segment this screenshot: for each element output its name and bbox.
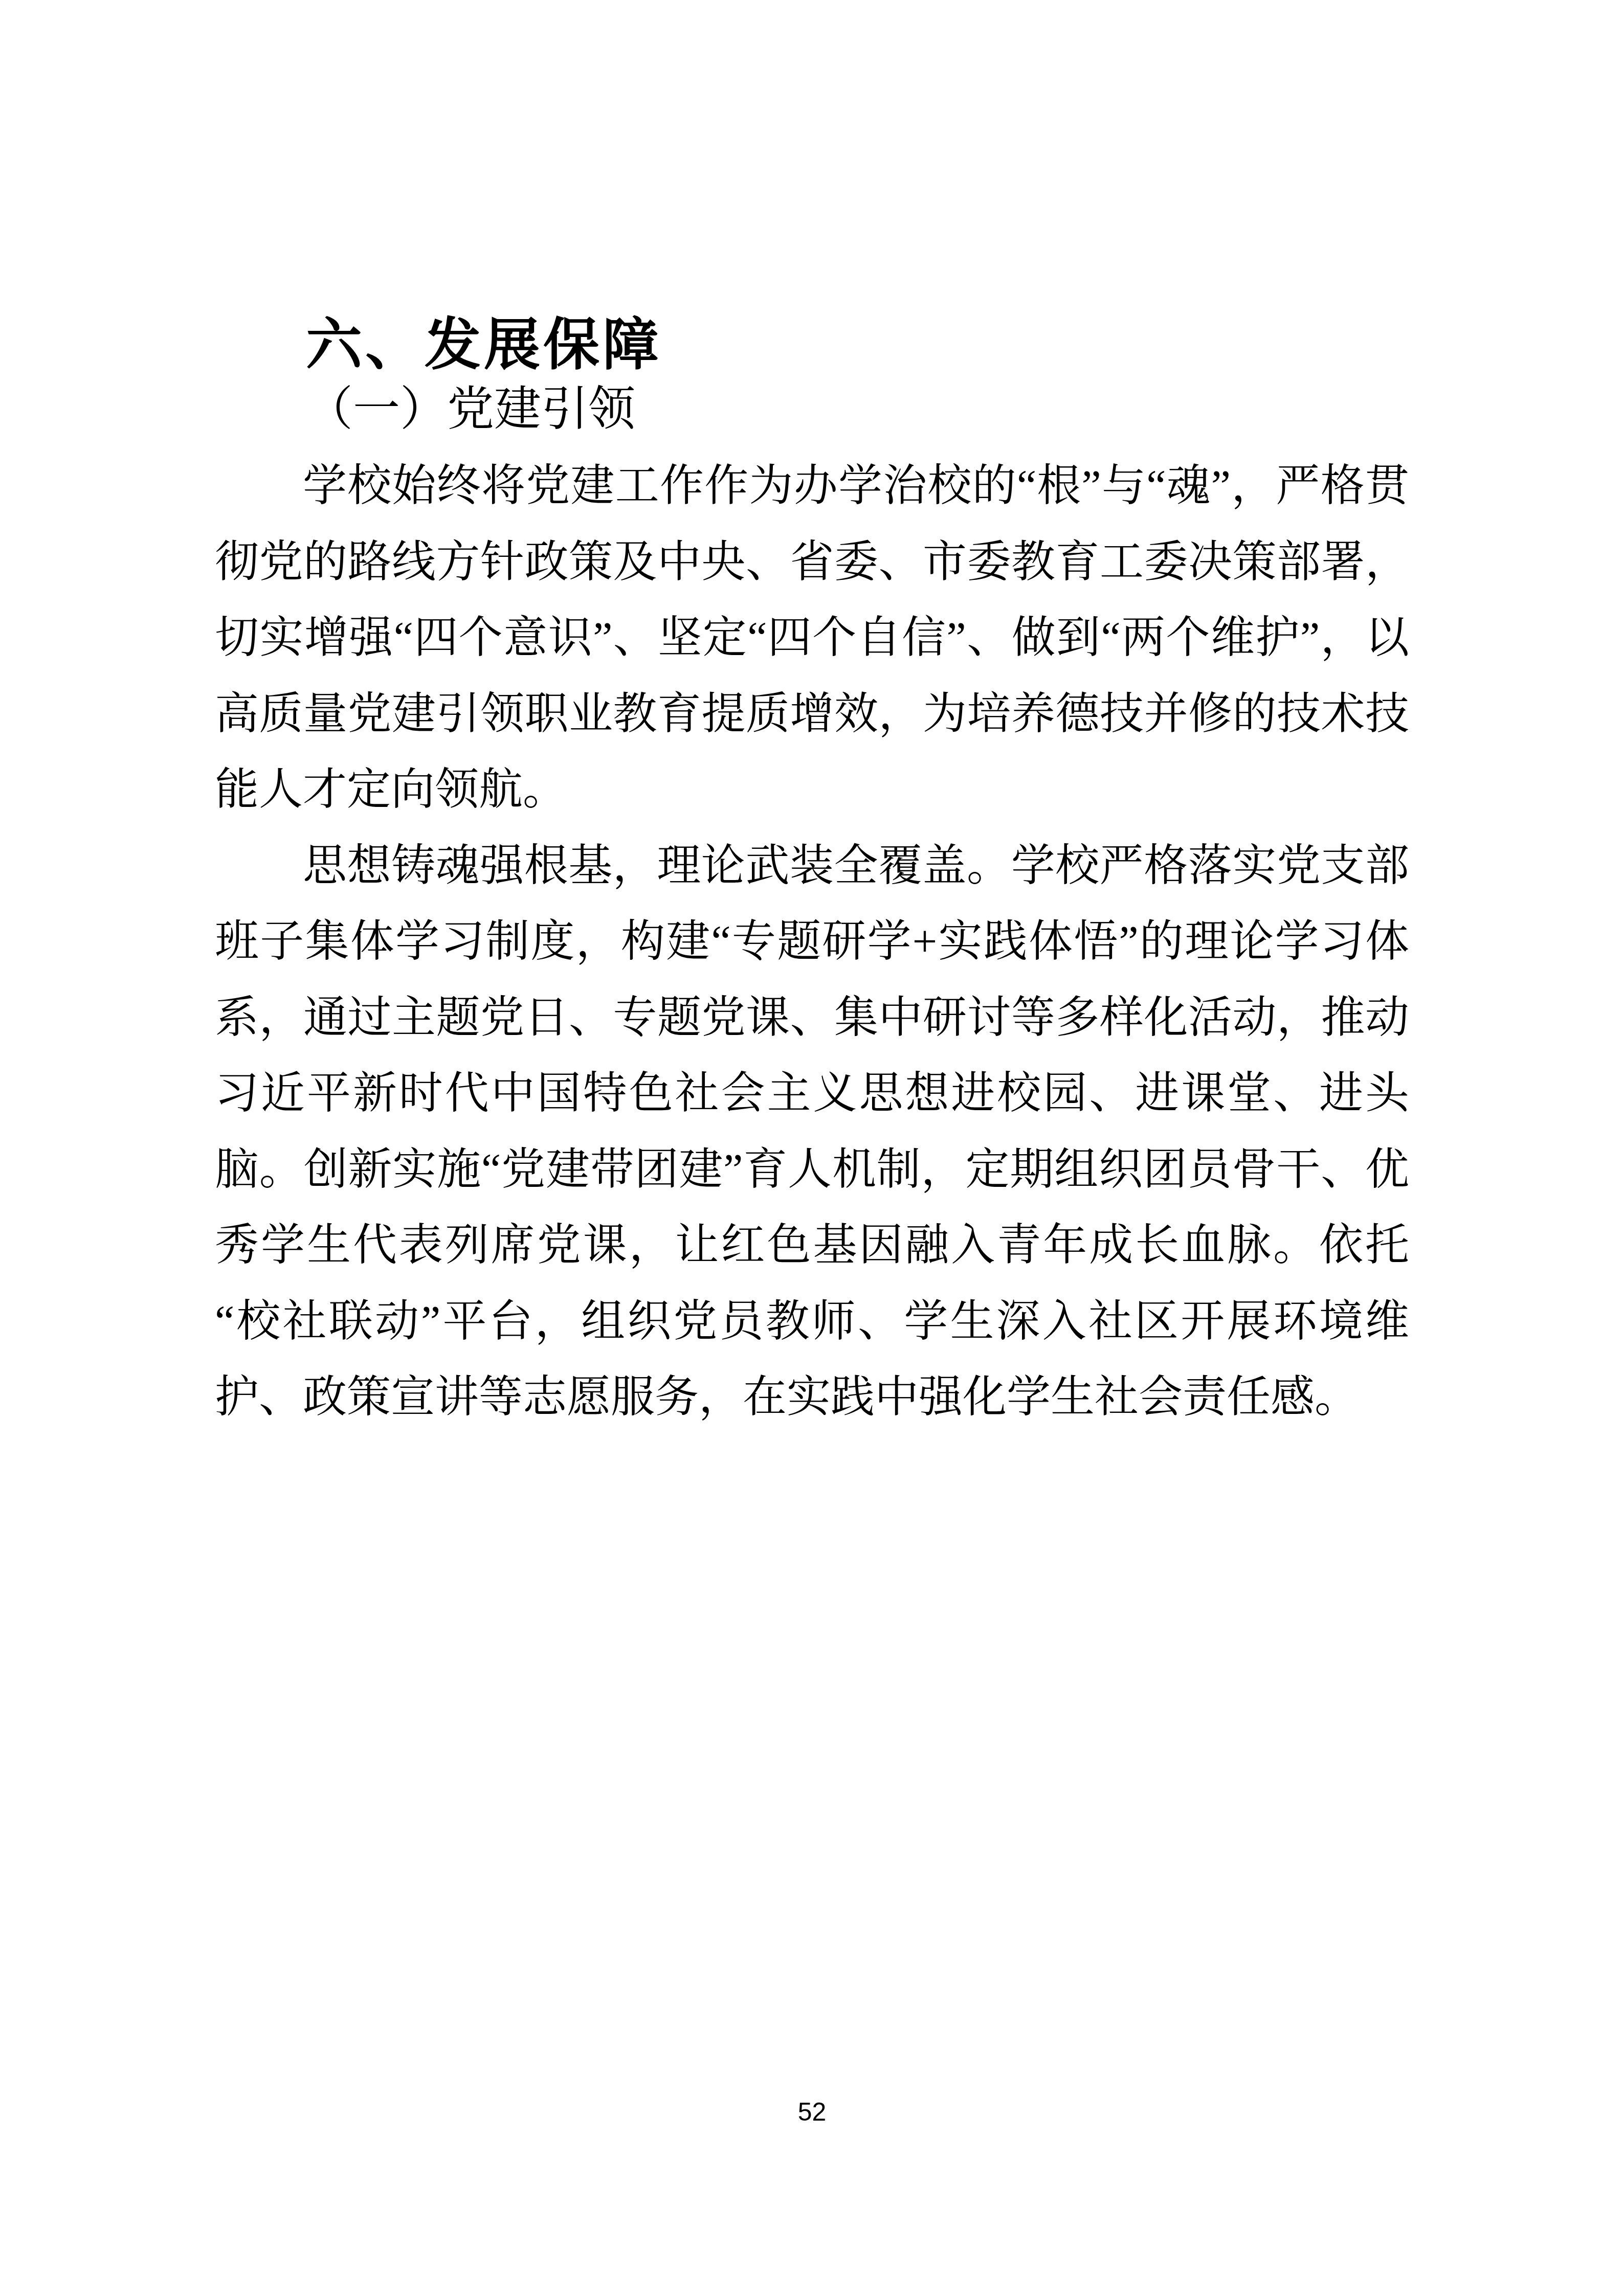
subsection-heading: （一）党建引领	[215, 378, 1409, 440]
paragraph: 思想铸魂强根基，理论武装全覆盖。学校严格落实党支部班子集体学习制度，构建“专题研…	[215, 828, 1409, 1435]
section-heading: 六、发展保障	[215, 312, 1409, 378]
page-number: 52	[798, 2098, 827, 2126]
document-page: 六、发展保障 （一）党建引领 学校始终将党建工作作为办学治校的“根”与“魂”，严…	[0, 0, 1624, 2296]
body-text: 学校始终将党建工作作为办学治校的“根”与“魂”，严格贯彻党的路线方针政策及中央、…	[215, 448, 1409, 1435]
paragraph: 学校始终将党建工作作为办学治校的“根”与“魂”，严格贯彻党的路线方针政策及中央、…	[215, 448, 1409, 828]
page-footer: 52	[0, 2097, 1624, 2127]
